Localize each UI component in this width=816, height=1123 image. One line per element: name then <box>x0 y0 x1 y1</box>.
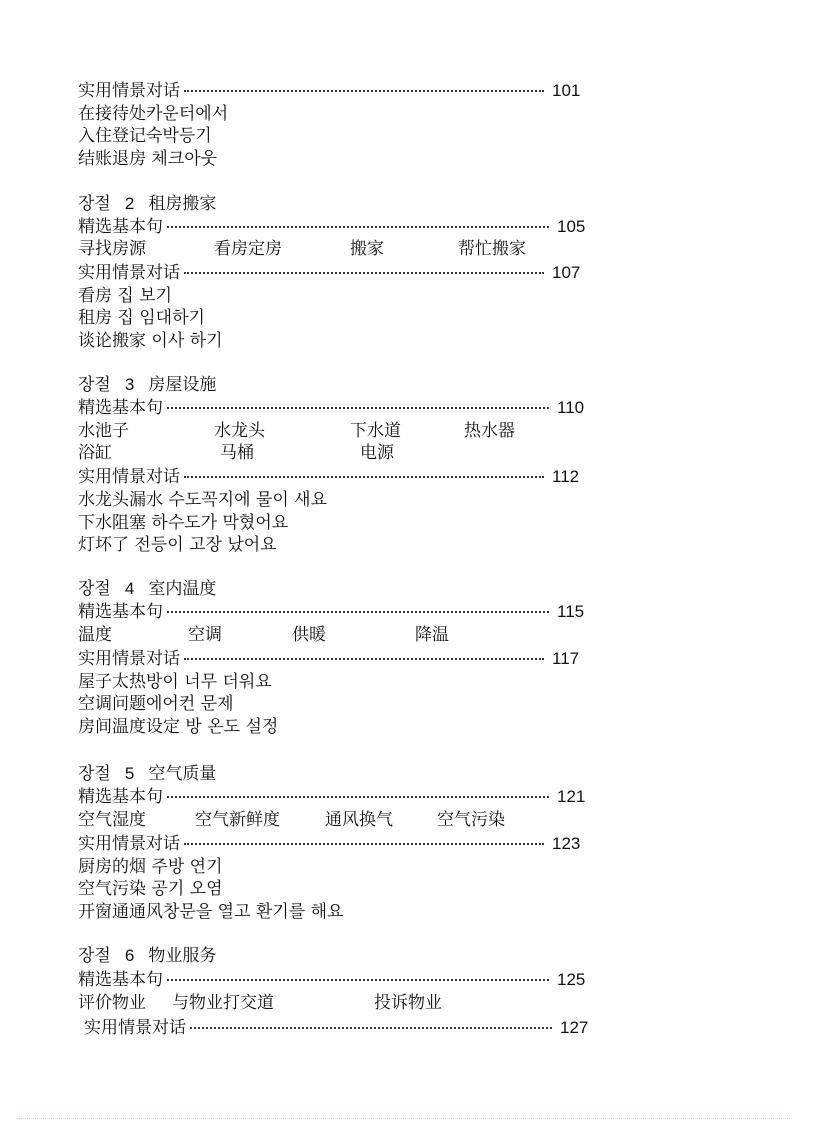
toc-entry-label: 精选基本句 <box>78 601 163 623</box>
page-number: 105 <box>557 216 585 238</box>
chapter-header-6: 장절6物业服务 <box>78 945 216 967</box>
chapter-title: 空气质量 <box>148 764 216 784</box>
dialog-item: 空气污染 공기 오염 <box>78 878 223 900</box>
toc-entry-phrases-s5[interactable]: 精选基本句 121 <box>78 786 585 808</box>
page-bottom-rule <box>16 1118 792 1119</box>
term: 浴缸 <box>78 442 112 464</box>
chapter-number: 6 <box>125 945 134 967</box>
dialog-item: 灯坏了 전등이 고장 났어요 <box>78 534 277 556</box>
term: 下水道 <box>350 420 401 442</box>
chapter-word: 장절 <box>78 945 111 967</box>
term: 水龙头 <box>214 420 265 442</box>
term: 与物业打交道 <box>172 992 274 1014</box>
term: 空气新鲜度 <box>195 809 280 831</box>
page-number: 101 <box>552 80 580 102</box>
dot-leader <box>167 609 549 613</box>
term: 寻找房源 <box>78 238 146 260</box>
toc-entry-label: 实用情景对话 <box>78 80 180 102</box>
dialog-item: 谈论搬家 이사 하기 <box>78 330 223 352</box>
chapter-title: 房屋设施 <box>148 375 216 395</box>
page-number: 110 <box>557 397 584 419</box>
page-number: 125 <box>557 969 585 991</box>
toc-entry-dialog-s6[interactable]: 实用情景对话 127 <box>84 1017 588 1039</box>
dot-leader <box>184 88 544 92</box>
dot-leader <box>167 224 549 228</box>
term: 空气污染 <box>437 809 505 831</box>
dot-leader <box>184 270 544 274</box>
dialog-item: 空调问题에어컨 문제 <box>78 693 234 715</box>
dialog-item: 房间温度设定 방 온도 설정 <box>78 716 278 738</box>
term: 电源 <box>360 442 394 464</box>
term: 降温 <box>415 624 449 646</box>
chapter-word: 장절 <box>78 193 111 215</box>
dialog-item: 下水阻塞 하수도가 막혔어요 <box>78 512 288 534</box>
term: 空调 <box>188 624 222 646</box>
toc-entry-label: 实用情景对话 <box>84 1017 186 1039</box>
chapter-title: 物业服务 <box>148 946 216 966</box>
toc-entry-dialog-s3[interactable]: 实用情景对话 112 <box>78 466 579 488</box>
toc-entry-label: 精选基本句 <box>78 216 163 238</box>
dialog-item: 看房 집 보기 <box>78 285 172 307</box>
term: 搬家 <box>350 238 384 260</box>
page-number: 115 <box>557 601 584 623</box>
term: 温度 <box>78 624 112 646</box>
chapter-title: 室内温度 <box>148 579 216 599</box>
toc-entry-label: 实用情景对话 <box>78 466 180 488</box>
toc-page: 实用情景对话 101 在接待处카운터에서 入住登记숙박등기 结账退房 체크아웃 … <box>0 0 816 1123</box>
toc-entry-dialog-s1[interactable]: 实用情景对话 101 <box>78 80 580 102</box>
toc-entry-phrases-s3[interactable]: 精选基本句 110 <box>78 397 584 419</box>
dialog-item: 厨房的烟 주방 연기 <box>78 856 223 878</box>
toc-entry-dialog-s5[interactable]: 实用情景对话 123 <box>78 833 580 855</box>
page-number: 107 <box>552 262 580 284</box>
chapter-header-3: 장절3房屋设施 <box>78 374 216 396</box>
page-number: 117 <box>552 648 579 670</box>
dialog-item: 在接待处카운터에서 <box>78 103 228 125</box>
dialog-item: 屋子太热방이 너무 더워요 <box>78 671 272 693</box>
chapter-header-4: 장절4室内温度 <box>78 578 216 600</box>
term: 投诉物业 <box>374 992 442 1014</box>
term: 通风换气 <box>325 809 393 831</box>
toc-entry-dialog-s2[interactable]: 实用情景对话 107 <box>78 262 580 284</box>
chapter-number: 3 <box>125 374 134 396</box>
chapter-header-5: 장절5空气质量 <box>78 763 216 785</box>
toc-entry-label: 精选基本句 <box>78 397 163 419</box>
dot-leader <box>167 977 549 981</box>
term: 供暖 <box>292 624 326 646</box>
chapter-number: 4 <box>125 578 134 600</box>
dot-leader <box>184 474 544 478</box>
chapter-word: 장절 <box>78 578 111 600</box>
toc-entry-label: 精选基本句 <box>78 786 163 808</box>
dialog-item: 水龙头漏水 수도꼭지에 물이 새요 <box>78 489 327 511</box>
term: 空气湿度 <box>78 809 146 831</box>
toc-entry-phrases-s2[interactable]: 精选基本句 105 <box>78 216 585 238</box>
toc-entry-label: 精选基本句 <box>78 969 163 991</box>
toc-entry-label: 实用情景对话 <box>78 648 180 670</box>
dialog-item: 租房 집 임대하기 <box>78 307 205 329</box>
page-number: 127 <box>560 1017 588 1039</box>
chapter-number: 5 <box>125 763 134 785</box>
page-number: 121 <box>557 786 585 808</box>
dialog-item: 入住登记숙박등기 <box>78 125 212 147</box>
toc-entry-phrases-s6[interactable]: 精选基本句 125 <box>78 969 585 991</box>
dialog-item: 开窗通通风창문을 열고 환기를 해요 <box>78 901 343 923</box>
toc-entry-label: 实用情景对话 <box>78 833 180 855</box>
dot-leader <box>167 794 549 798</box>
chapter-header-2: 장절2租房搬家 <box>78 193 216 215</box>
dialog-item: 结账退房 체크아웃 <box>78 148 217 170</box>
dot-leader <box>190 1025 552 1029</box>
toc-entry-label: 实用情景对话 <box>78 262 180 284</box>
page-number: 123 <box>552 833 580 855</box>
dot-leader <box>184 841 544 845</box>
dot-leader <box>184 656 544 660</box>
chapter-number: 2 <box>125 193 134 215</box>
dot-leader <box>167 405 549 409</box>
term: 看房定房 <box>214 238 282 260</box>
page-number: 112 <box>552 466 579 488</box>
term: 马桶 <box>220 442 254 464</box>
toc-entry-phrases-s4[interactable]: 精选基本句 115 <box>78 601 584 623</box>
chapter-word: 장절 <box>78 763 111 785</box>
term: 水池子 <box>78 420 129 442</box>
toc-entry-dialog-s4[interactable]: 实用情景对话 117 <box>78 648 579 670</box>
term: 热水器 <box>464 420 515 442</box>
term: 评价物业 <box>78 992 146 1014</box>
term: 帮忙搬家 <box>458 238 526 260</box>
chapter-title: 租房搬家 <box>148 194 216 214</box>
chapter-word: 장절 <box>78 374 111 396</box>
